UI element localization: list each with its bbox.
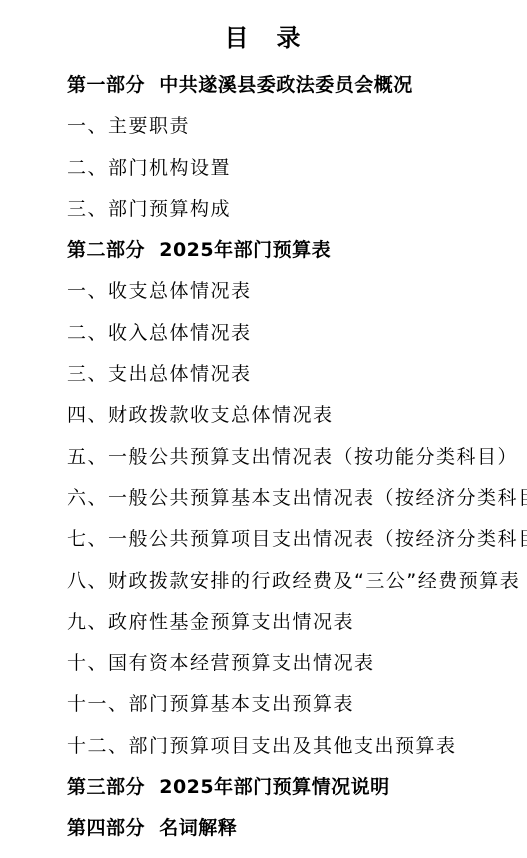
toc-item: 十一、部门预算基本支出预算表 <box>67 684 507 725</box>
document-page: 目 录 第一部分 中共遂溪县委政法委员会概况 一、主要职责 二、部门机构设置 三… <box>0 0 527 858</box>
toc-item: 十、国有资本经营预算支出情况表 <box>67 643 507 684</box>
toc-item: 二、收入总体情况表 <box>67 313 507 354</box>
toc-item: 七、一般公共预算项目支出情况表（按经济分类科目） <box>67 519 507 560</box>
toc-item: 二、部门机构设置 <box>67 148 507 189</box>
toc-part-heading: 第四部分 名词解释 <box>67 808 507 849</box>
toc-item: 十二、部门预算项目支出及其他支出预算表 <box>67 726 507 767</box>
toc-item: 四、财政拨款收支总体情况表 <box>67 395 507 436</box>
toc-part-heading: 第三部分 2025年部门预算情况说明 <box>67 767 507 808</box>
toc-item: 三、部门预算构成 <box>67 189 507 230</box>
toc-item: 六、一般公共预算基本支出情况表（按经济分类科目） <box>67 478 507 519</box>
toc-title: 目 录 <box>20 25 507 52</box>
toc-part-heading: 第一部分 中共遂溪县委政法委员会概况 <box>67 65 507 106</box>
toc-item: 九、政府性基金预算支出情况表 <box>67 602 507 643</box>
toc-item: 一、收支总体情况表 <box>67 271 507 312</box>
toc-item: 一、主要职责 <box>67 106 507 147</box>
toc-list: 第一部分 中共遂溪县委政法委员会概况 一、主要职责 二、部门机构设置 三、部门预… <box>67 65 507 850</box>
toc-part-heading: 第二部分 2025年部门预算表 <box>67 230 507 271</box>
toc-item: 三、支出总体情况表 <box>67 354 507 395</box>
toc-item: 五、一般公共预算支出情况表（按功能分类科目） <box>67 437 507 478</box>
toc-item: 八、财政拨款安排的行政经费及“三公”经费预算表 <box>67 561 507 602</box>
